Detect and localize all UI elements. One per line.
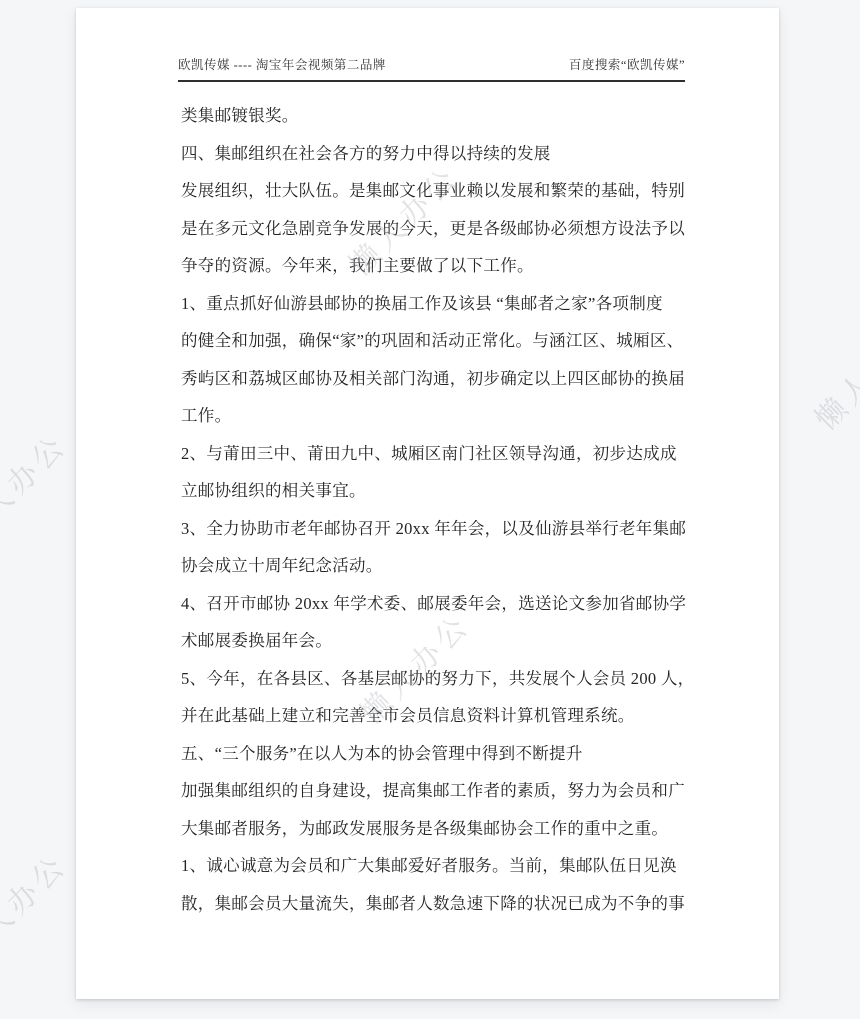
header-search-hint-text: 百度搜索“欧凯传媒” (569, 55, 685, 73)
document-line: 1、重点抓好仙游县邮协的换届工作及该县 “集邮者之家”各项制度 (181, 285, 681, 323)
document-line: 2、与莆田三中、莆田九中、城厢区南门社区领导沟通，初步达成成 (181, 435, 681, 473)
document-line: 加强集邮组织的自身建设，提高集邮工作者的素质，努力为会员和广 (181, 772, 681, 810)
document-line: 大集邮者服务，为邮政发展服务是各级集邮协会工作的重中之重。 (181, 810, 681, 848)
watermark: 懒人办公 (0, 422, 75, 552)
document-line: 3、全力协助市老年邮协召开 20xx 年年会，以及仙游县举行老年集邮 (181, 510, 681, 548)
document-line: 五、“三个服务”在以人为本的协会管理中得到不断提升 (181, 735, 681, 773)
document-page: 欧凯传媒 ---- 淘宝年会视频第二品牌 百度搜索“欧凯传媒” 类集邮镀银奖。四… (76, 8, 779, 999)
document-line: 是在多元文化急剧竞争发展的今天，更是各级邮协必须想方设法予以 (181, 210, 681, 248)
document-line: 5、今年，在各县区、各基层邮协的努力下，共发展个人会员 200 人， (181, 660, 681, 698)
header-brand-text: 欧凯传媒 ---- 淘宝年会视频第二品牌 (178, 55, 386, 73)
document-line: 1、诚心诚意为会员和广大集邮爱好者服务。当前，集邮队伍日见涣 (181, 847, 681, 885)
watermark: 懒人办公 (803, 308, 860, 438)
document-line: 类集邮镀银奖。 (181, 97, 681, 135)
document-line: 争夺的资源。今年来，我们主要做了以下工作。 (181, 247, 681, 285)
document-line: 4、召开市邮协 20xx 年学术委、邮展委年会，选送论文参加省邮协学 (181, 585, 681, 623)
document-line: 术邮展委换届年会。 (181, 622, 681, 660)
document-line: 秀屿区和荔城区邮协及相关部门沟通，初步确定以上四区邮协的换届 (181, 360, 681, 398)
document-line: 协会成立十周年纪念活动。 (181, 547, 681, 585)
document-line: 立邮协组织的相关事宜。 (181, 472, 681, 510)
document-line: 工作。 (181, 397, 681, 435)
document-line: 发展组织，壮大队伍。是集邮文化事业赖以发展和繁荣的基础，特别 (181, 172, 681, 210)
document-viewer-canvas: 欧凯传媒 ---- 淘宝年会视频第二品牌 百度搜索“欧凯传媒” 类集邮镀银奖。四… (0, 0, 860, 1019)
document-body: 类集邮镀银奖。四、集邮组织在社会各方的努力中得以持续的发展发展组织，壮大队伍。是… (181, 97, 681, 922)
document-line: 并在此基础上建立和完善全市会员信息资料计算机管理系统。 (181, 697, 681, 735)
document-line: 散，集邮会员大量流失，集邮者人数急速下降的状况已成为不争的事 (181, 885, 681, 923)
document-line: 四、集邮组织在社会各方的努力中得以持续的发展 (181, 135, 681, 173)
document-line: 的健全和加强，确保“家”的巩固和活动正常化。与涵江区、城厢区、 (181, 322, 681, 360)
page-header: 欧凯传媒 ---- 淘宝年会视频第二品牌 百度搜索“欧凯传媒” (178, 55, 685, 82)
watermark: 懒人办公 (0, 842, 75, 972)
